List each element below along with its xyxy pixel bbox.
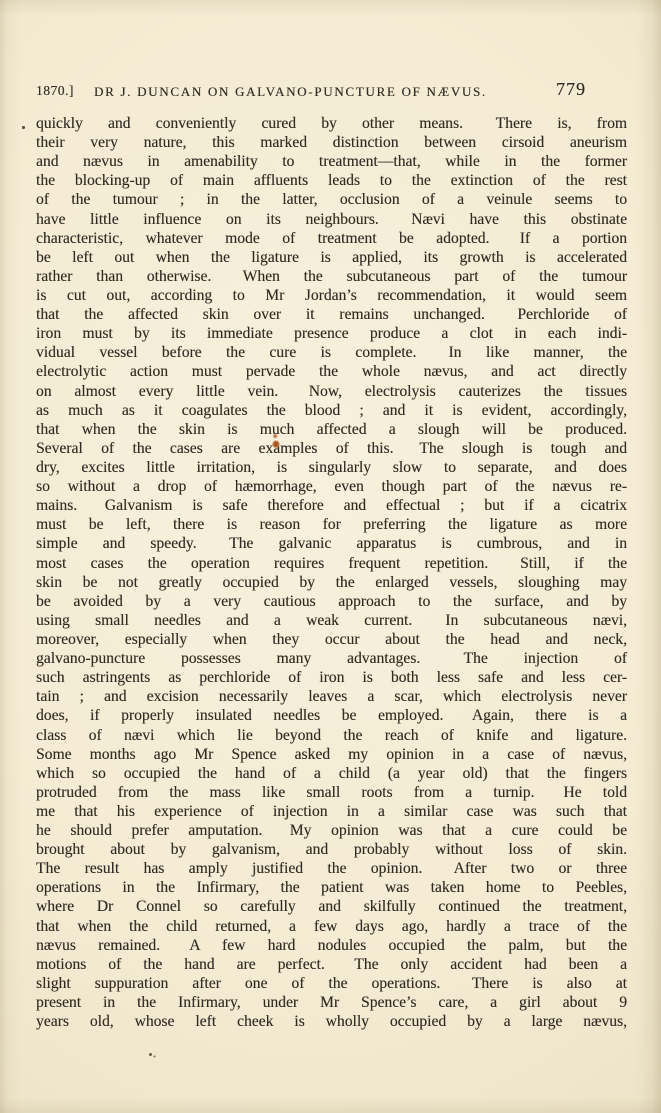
- text-line: that the affected skin over it remains u…: [36, 305, 627, 324]
- text-line: present in the Infirmary, under Mr Spenc…: [36, 993, 627, 1012]
- text-line: which so occupied the hand of a child (a…: [36, 764, 627, 783]
- text-line: is cut out, according to Mr Jordan’s rec…: [36, 286, 627, 305]
- text-line: protruded from the mass like small roots…: [36, 783, 627, 802]
- paper-speck: [149, 1053, 152, 1056]
- text-line: be left out when the ligature is applied…: [36, 248, 627, 267]
- text-line: their very nature, this marked distincti…: [36, 133, 627, 152]
- text-line: characteristic, whatever mode of treatme…: [36, 229, 627, 248]
- header-page-number: 779: [556, 79, 586, 100]
- text-line: he should prefer amputation. My opinion …: [36, 821, 627, 840]
- text-line: that when the skin is much affected a sl…: [36, 420, 627, 439]
- ink-stain: [271, 434, 281, 449]
- text-line: iron must by its immediate presence prod…: [36, 324, 627, 343]
- text-line: years old, whose left cheek is wholly oc…: [36, 1012, 627, 1031]
- text-line: as much as it coagulates the blood ; and…: [36, 401, 627, 420]
- text-line: such astringents as perchloride of iron …: [36, 668, 627, 687]
- header-year-label: 1870.]: [36, 83, 74, 99]
- text-line: moreover, especially when they occur abo…: [36, 630, 627, 649]
- text-line: vidual vessel before the cure is complet…: [36, 343, 627, 362]
- paper-speck: [22, 126, 25, 129]
- scanned-page: 1870.] DR J. DUNCAN ON GALVANO-PUNCTURE …: [0, 0, 661, 1113]
- text-line: on almost every little vein. Now, electr…: [36, 382, 627, 401]
- text-line: that when the child returned, a few days…: [36, 917, 627, 936]
- text-line: skin be not greatly occupied by the enla…: [36, 573, 627, 592]
- text-line: the blocking-up of main affluents leads …: [36, 171, 627, 190]
- text-line: does, if properly insulated needles be e…: [36, 706, 627, 725]
- page-header: 1870.] DR J. DUNCAN ON GALVANO-PUNCTURE …: [36, 79, 627, 103]
- text-line: rather than otherwise. When the subcutan…: [36, 267, 627, 286]
- text-line: The result has amply justified the opini…: [36, 859, 627, 878]
- text-line: most cases the operation requires freque…: [36, 554, 627, 573]
- text-line: tain ; and excision necessarily leaves a…: [36, 687, 627, 706]
- text-line: simple and speedy. The galvanic apparatu…: [36, 534, 627, 553]
- text-line: and nævus in amenability to treatment—th…: [36, 152, 627, 171]
- text-line: brought about by galvanism, and probably…: [36, 840, 627, 859]
- text-line: electrolytic action must pervade the who…: [36, 362, 627, 381]
- text-line: mains. Galvanism is safe therefore and e…: [36, 496, 627, 515]
- body-text: quickly and conveniently cured by other …: [36, 114, 627, 1031]
- text-line: operations in the Infirmary, the patient…: [36, 878, 627, 897]
- text-line: quickly and conveniently cured by other …: [36, 114, 627, 133]
- text-line: Some months ago Mr Spence asked my opini…: [36, 745, 627, 764]
- text-line: have little influence on its neighbours.…: [36, 210, 627, 229]
- text-line: using small needles and a weak current. …: [36, 611, 627, 630]
- header-running-title: DR J. DUNCAN ON GALVANO-PUNCTURE OF NÆVU…: [94, 84, 487, 100]
- text-line: slight suppuration after one of the oper…: [36, 974, 627, 993]
- text-line: of the tumour ; in the latter, occlusion…: [36, 190, 627, 209]
- text-line: so without a drop of hæmorrhage, even th…: [36, 477, 627, 496]
- text-line: nævus remained. A few hard nodules occup…: [36, 936, 627, 955]
- text-line: motions of the hand are perfect. The onl…: [36, 955, 627, 974]
- text-line: me that his experience of injection in a…: [36, 802, 627, 821]
- text-line: galvano-puncture possesses many advantag…: [36, 649, 627, 668]
- text-line: must be left, there is reason for prefer…: [36, 515, 627, 534]
- text-line: where Dr Connel so carefully and skilful…: [36, 897, 627, 916]
- text-line: class of nævi which lie beyond the reach…: [36, 726, 627, 745]
- text-line: be avoided by a very cautious approach t…: [36, 592, 627, 611]
- text-line: Several of the cases are examples of thi…: [36, 439, 627, 458]
- text-line: dry, excites little irritation, is singu…: [36, 458, 627, 477]
